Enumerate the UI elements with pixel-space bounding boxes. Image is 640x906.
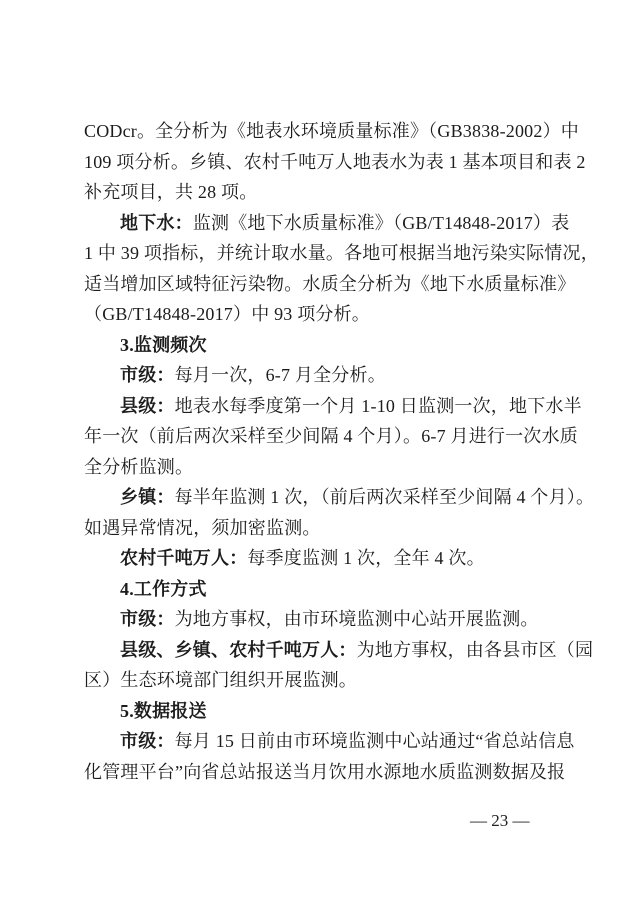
para-text: 为地方事权，由市环境监测中心站开展监测。: [175, 609, 539, 629]
para-surface-water-analysis: CODcr。全分析为《地表水环境质量标准》（GB3838-2002）中 109 …: [84, 116, 557, 208]
page-number: — 23 —: [470, 810, 530, 832]
heading-text: 5.数据报送: [120, 701, 207, 721]
para-label: 乡镇：: [120, 487, 175, 507]
text-content: CODcr。全分析为《地表水环境质量标准》（GB3838-2002）中 109 …: [84, 116, 557, 787]
para-city-level-reporting: 市级：每月 15 日前由市环境监测中心站通过“省总站信息 化管理平台”向省总站报…: [84, 726, 557, 787]
para-groundwater: 地下水：监测《地下水质量标准》（GB/T14848-2017）表 1 中 39 …: [84, 208, 557, 330]
para-city-level-frequency: 市级：每月一次，6-7 月全分析。: [84, 360, 557, 391]
para-county-level-frequency: 县级：地表水每季度第一个月 1-10 日监测一次，地下水半 年一次（前后两次采样…: [84, 391, 557, 483]
heading-text: 4.工作方式: [120, 579, 207, 599]
para-city-level-work: 市级：为地方事权，由市环境监测中心站开展监测。: [84, 604, 557, 635]
para-label: 市级：: [120, 365, 175, 385]
para-text: 每季度监测 1 次，全年 4 次。: [247, 548, 484, 568]
heading-data-reporting: 5.数据报送: [84, 696, 557, 727]
para-rural-frequency: 农村千吨万人：每季度监测 1 次，全年 4 次。: [84, 543, 557, 574]
heading-text: 3.监测频次: [120, 335, 207, 355]
heading-monitoring-frequency: 3.监测频次: [84, 330, 557, 361]
document-page: CODcr。全分析为《地表水环境质量标准》（GB3838-2002）中 109 …: [0, 0, 640, 906]
para-county-township-rural-work: 县级、乡镇、农村千吨万人：为地方事权，由各县市区（园 区）生态环境部门组织开展监…: [84, 635, 557, 696]
heading-work-mode: 4.工作方式: [84, 574, 557, 605]
para-label: 农村千吨万人：: [120, 548, 247, 568]
para-text: 每月一次，6-7 月全分析。: [175, 365, 386, 385]
para-township-frequency: 乡镇：每半年监测 1 次，（前后两次采样至少间隔 4 个月）。 如遇异常情况，须…: [84, 482, 557, 543]
para-label: 市级：: [120, 609, 175, 629]
para-label: 地下水：: [120, 213, 193, 233]
para-text: CODcr。全分析为《地表水环境质量标准》（GB3838-2002）中 109 …: [84, 121, 586, 202]
para-label: 县级、乡镇、农村千吨万人：: [120, 640, 357, 660]
para-label: 市级：: [120, 731, 175, 751]
para-label: 县级：: [120, 396, 175, 416]
